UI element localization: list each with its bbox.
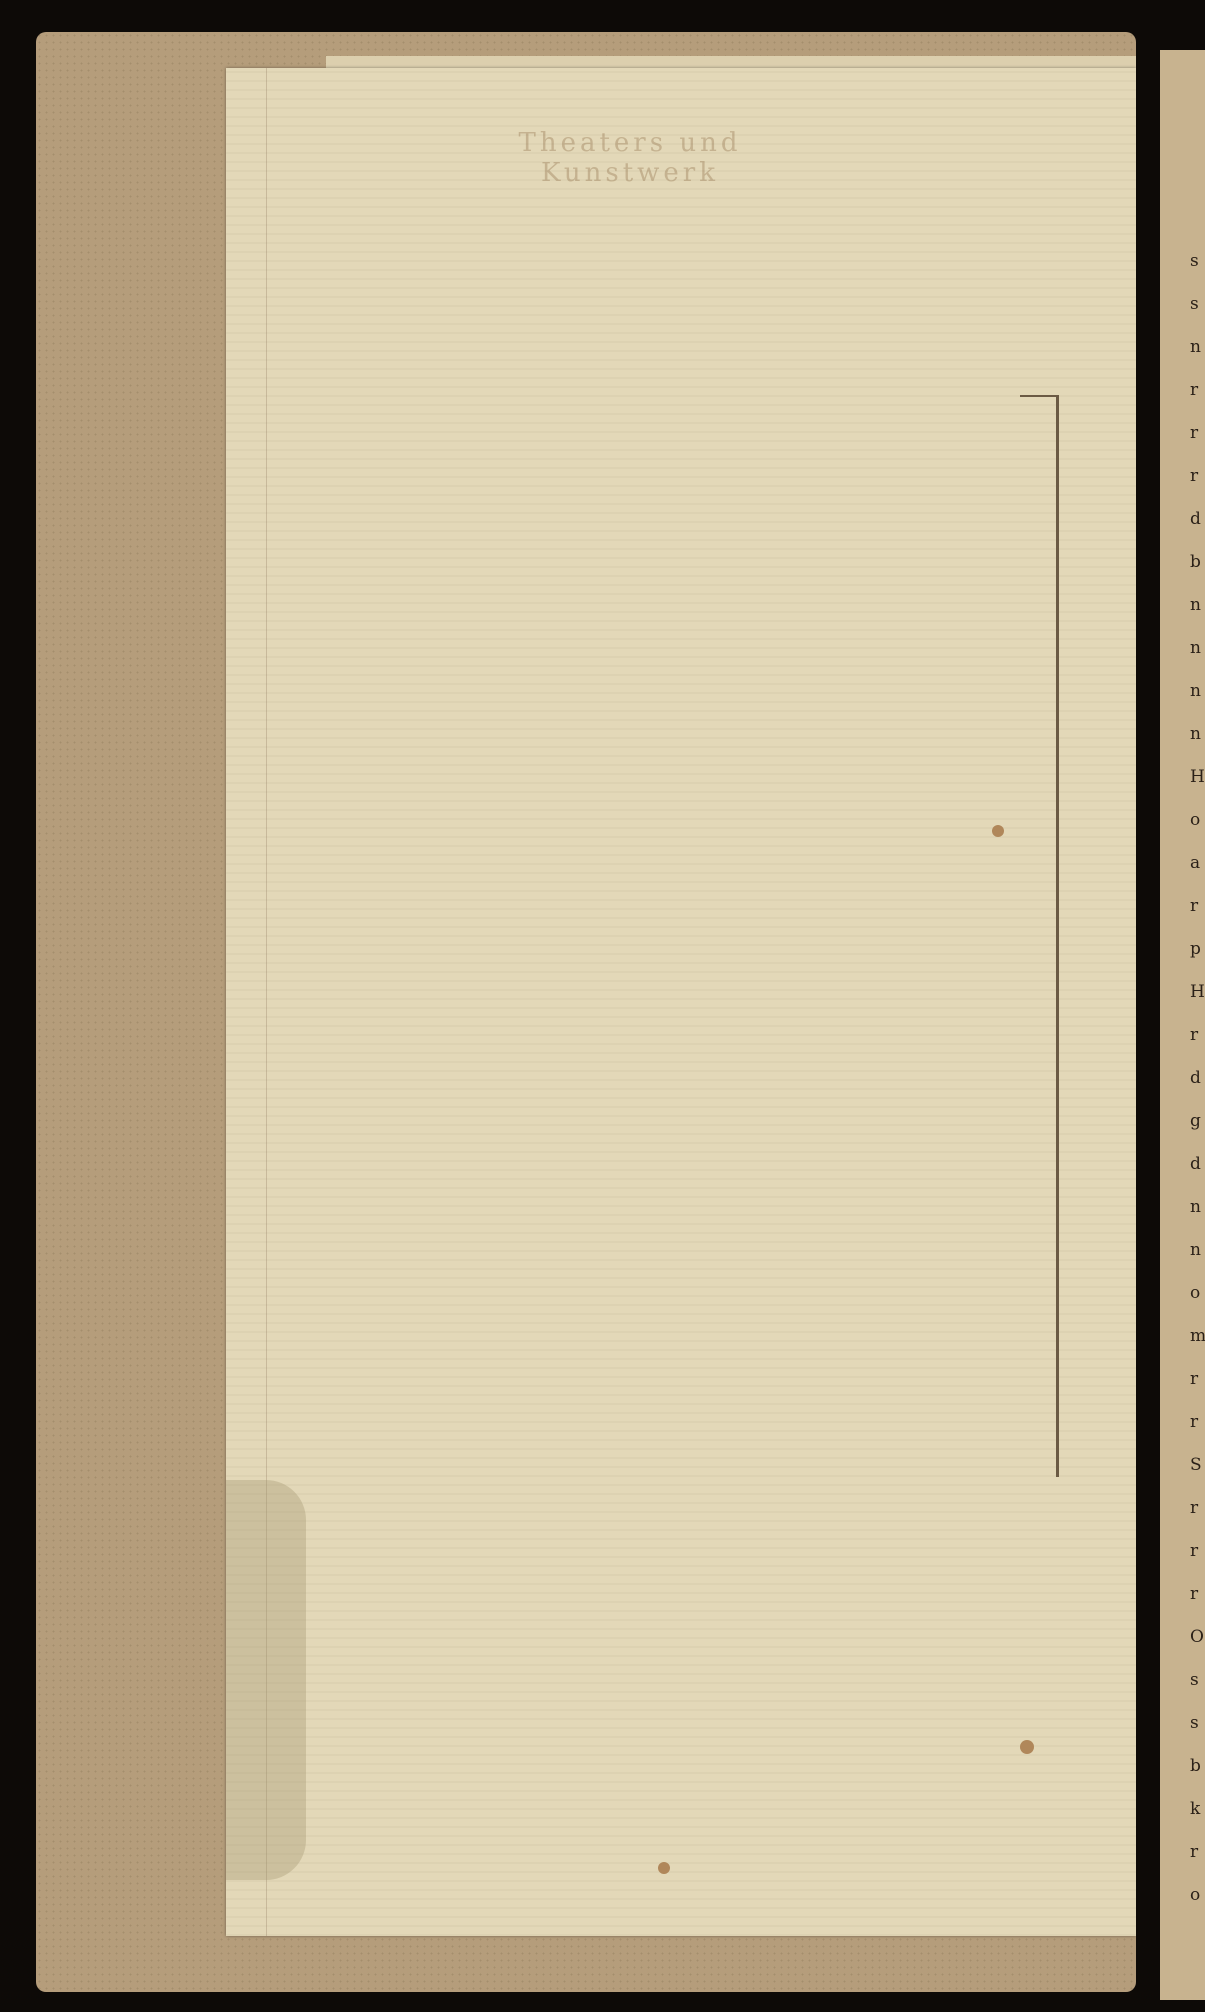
- adjacent-page-text: ssnrrrdbnnnnHoar pHrdgdnnomrrSrrrOssbkro: [1190, 240, 1205, 1917]
- gutter: [1136, 0, 1160, 2012]
- printed-frame-edge: [1020, 395, 1059, 1477]
- show-through-title: Theaters und Kunstwerk: [440, 128, 820, 188]
- foxing-spot: [658, 1862, 670, 1874]
- foxing-spot: [992, 825, 1004, 837]
- book-page: [226, 68, 1136, 1936]
- water-stain: [226, 1480, 306, 1880]
- foxing-spot: [1020, 1740, 1034, 1754]
